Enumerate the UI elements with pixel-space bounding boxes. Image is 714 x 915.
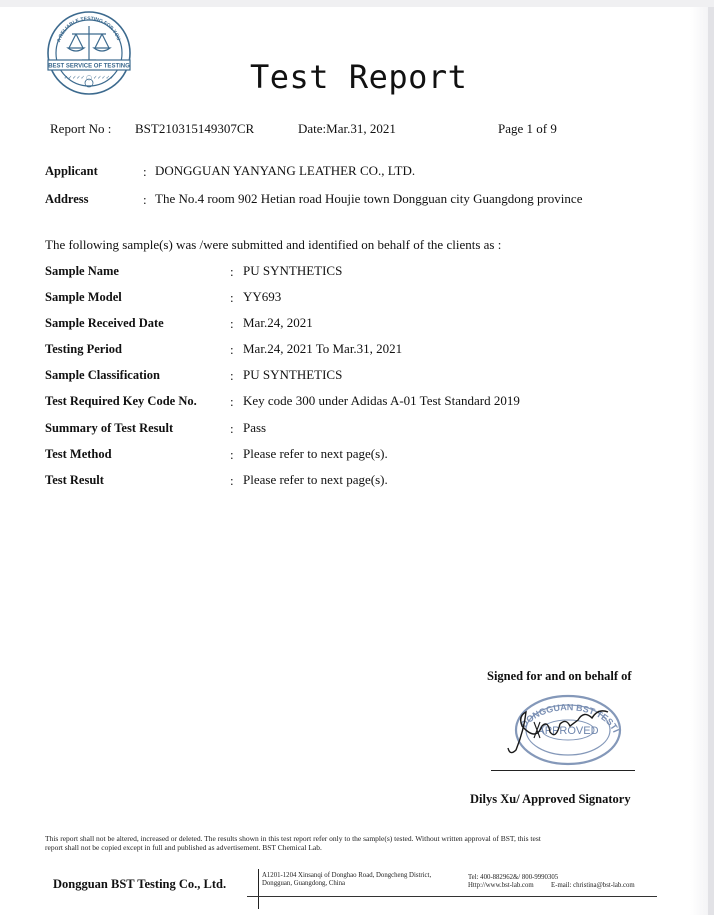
bst-logo: A RELIABLE TESTING FOR YOU BEST SERVICE … [46,10,132,96]
intro-text: The following sample(s) was /were submit… [45,237,501,253]
colon: : [230,368,234,384]
legal-notice: This report shall not be altered, increa… [45,835,665,852]
scrollbar[interactable] [708,7,714,915]
contact-tel: Tel: 400-882962&/ 800-9990305 [468,874,635,882]
signed-on-behalf-heading: Signed for and on behalf of [487,669,632,684]
contact-website[interactable]: Http://www.bst-lab.com [468,882,534,889]
scales-of-justice-icon [68,26,110,60]
contact-email[interactable]: E-mail: christina@bst-lab.com [551,882,635,889]
report-no-label: Report No : [50,121,111,137]
colon: : [230,394,234,410]
address-value: The No.4 room 902 Hetian road Houjie tow… [155,191,582,207]
company-address: A1201-1204 Xinsanqi of Donghao Road, Don… [262,872,431,888]
address-label: Address [45,192,89,207]
field-value: YY693 [243,289,281,305]
approved-stamp: DONGGUAN BST TESTING CO., LTD APPROVED [500,690,625,770]
colon: : [230,290,234,306]
address-line1: A1201-1204 Xinsanqi of Donghao Road, Don… [262,872,431,880]
field-value: Please refer to next page(s). [243,446,388,462]
field-label: Sample Classification [45,368,160,383]
report-date: Date:Mar.31, 2021 [298,121,396,137]
page-indicator: Page 1 of 9 [498,121,557,137]
field-label: Test Method [45,447,112,462]
field-label: Summary of Test Result [45,421,173,436]
field-label: Testing Period [45,342,122,357]
field-value: PU SYNTHETICS [243,367,342,383]
legal-notice-line2: report shall not be copied except in ful… [45,844,665,853]
report-no-value: BST210315149307CR [135,121,254,137]
logo-banner-text: BEST SERVICE OF TESTING [48,64,130,70]
page-shadow [690,7,708,915]
page-title: Test Report [250,58,467,96]
field-label: Test Required Key Code No. [45,394,197,409]
field-label: Test Result [45,473,104,488]
footer-divider-vertical [258,869,259,909]
company-name: Dongguan BST Testing Co., Ltd. [53,877,226,892]
stamp-center-text: APPROVED [537,725,598,737]
viewer-top-band [0,0,714,7]
colon: : [143,164,147,180]
field-value: Mar.24, 2021 [243,315,313,331]
colon: : [230,421,234,437]
colon: : [230,342,234,358]
colon: : [230,264,234,280]
signature-line [491,770,635,771]
field-value: Mar.24, 2021 To Mar.31, 2021 [243,341,402,357]
colon: : [230,316,234,332]
colon: : [230,473,234,489]
applicant-label: Applicant [45,164,98,179]
footer-divider-horizontal [247,896,657,897]
applicant-value: DONGGUAN YANYANG LEATHER CO., LTD. [155,163,415,179]
signatory-name: Dilys Xu/ Approved Signatory [470,792,631,807]
field-label: Sample Received Date [45,316,164,331]
svg-text:✓✓✓✓✓ ◯ ✓✓✓✓✓: ✓✓✓✓✓ ◯ ✓✓✓✓✓ [64,75,114,81]
field-label: Sample Name [45,264,119,279]
field-value: Please refer to next page(s). [243,472,388,488]
field-value: PU SYNTHETICS [243,263,342,279]
colon: : [230,447,234,463]
field-value: Pass [243,420,266,436]
company-contact: Tel: 400-882962&/ 800-9990305 Http://www… [468,874,635,890]
field-value: Key code 300 under Adidas A-01 Test Stan… [243,393,520,409]
field-label: Sample Model [45,290,122,305]
colon: : [143,192,147,208]
address-line2: Dongguan, Guangdong, China [262,880,431,888]
